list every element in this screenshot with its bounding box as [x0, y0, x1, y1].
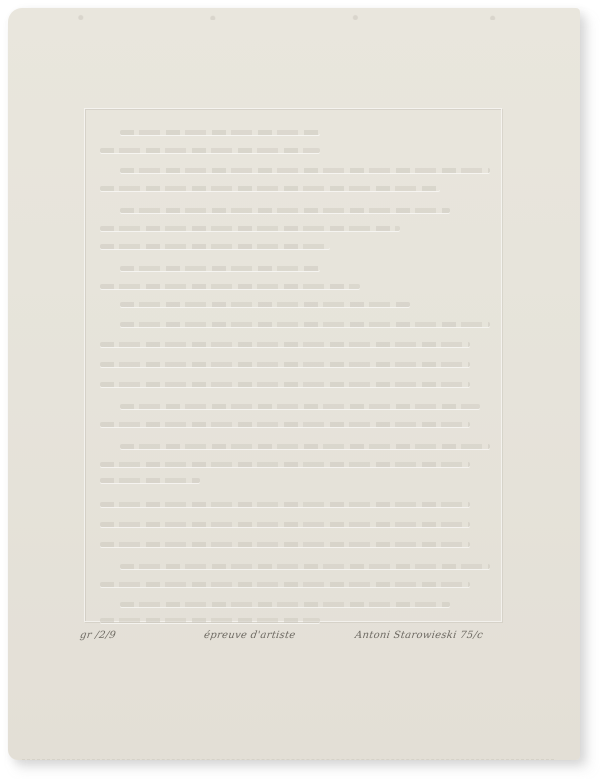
embossed-line: [120, 208, 450, 213]
embossed-line: [100, 542, 470, 547]
embossed-line: [100, 502, 470, 507]
embossed-line: [100, 186, 440, 191]
embossed-line: [100, 618, 320, 623]
embossed-line: [120, 168, 490, 173]
embossed-line: [120, 130, 320, 135]
embossed-line: [100, 148, 320, 153]
embossed-line: [120, 404, 480, 409]
embossed-line: [120, 564, 490, 569]
deckle-edge-bottom: [22, 755, 554, 760]
proof-label: épreuve d'artiste: [203, 630, 296, 641]
embossed-line: [120, 322, 490, 327]
embossed-line: [120, 444, 490, 449]
embossed-line: [100, 582, 470, 587]
embossed-line: [100, 522, 470, 527]
embossed-text-block: [100, 118, 490, 618]
artist-signature: Antoni Starowieski 75/c: [354, 630, 484, 641]
embossed-line: [100, 226, 400, 231]
embossed-line: [100, 462, 470, 467]
embossed-line: [100, 342, 470, 347]
embossed-line: [100, 244, 330, 249]
embossed-line: [120, 302, 410, 307]
embossed-line: [100, 478, 200, 483]
embossed-line: [100, 284, 360, 289]
embossed-line: [100, 362, 470, 367]
embossed-line: [120, 266, 320, 271]
embossed-line: [120, 602, 450, 607]
embossed-line: [100, 382, 470, 387]
embossed-line: [100, 422, 470, 427]
edition-mark: gr /2/9: [79, 630, 116, 641]
deckle-edge-top: [28, 14, 556, 20]
